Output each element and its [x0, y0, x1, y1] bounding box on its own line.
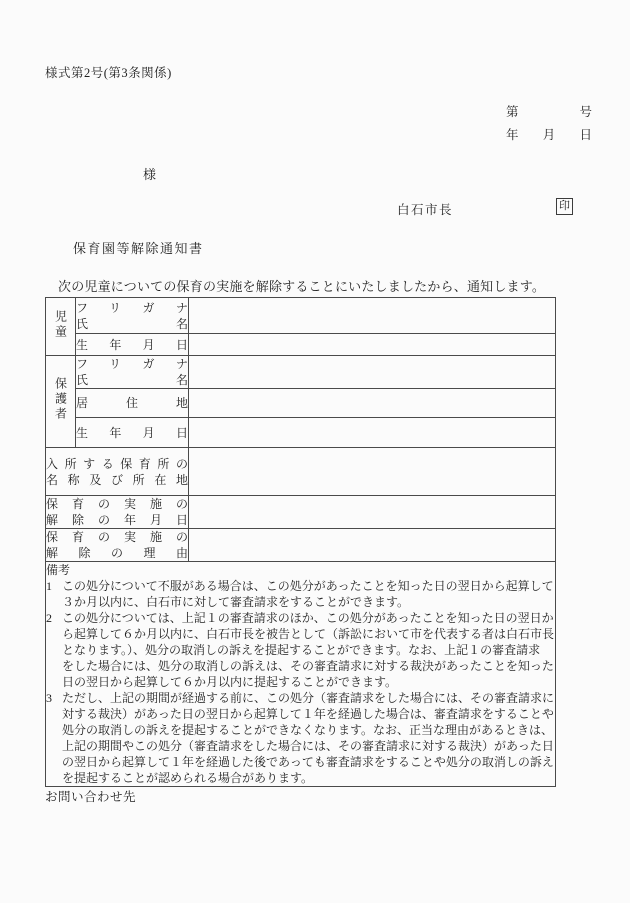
- document-title: 保育園等解除通知書: [73, 238, 204, 257]
- facility-value-cell: [189, 448, 556, 496]
- release-date-label-line2: 解除の年月日: [46, 512, 188, 528]
- guardian-address-label-cell: 居住地: [76, 389, 189, 418]
- child-furigana-label: フリガナ: [76, 300, 188, 316]
- remarks-heading: 備考: [46, 562, 555, 578]
- table-row: 居住地: [46, 389, 556, 418]
- seal-placeholder: 印: [556, 198, 573, 215]
- guardian-group-cell: 保護者: [46, 356, 76, 448]
- child-group-cell: 児童: [46, 298, 76, 356]
- form-number: 様式第2号(第3条関係): [45, 63, 172, 81]
- remark-text: この処分については、上記１の審査請求のほか、この処分があったことを知った日の翌日…: [62, 610, 555, 690]
- remark-number: 2: [46, 610, 62, 690]
- release-date-label-line1: 保育の実施の: [46, 496, 188, 512]
- remark-item-3: 3 ただし、上記の期間が経過する前に、この処分（審査請求をした場合には、その審査…: [46, 690, 555, 786]
- guardian-birthdate-label-cell: 生年月日: [76, 418, 189, 448]
- child-name-label: 氏名: [76, 316, 188, 332]
- release-reason-value-cell: [189, 529, 556, 562]
- remark-item-1: 1 この処分について不服がある場合は、この処分があったことを知った日の翌日から起…: [46, 578, 555, 610]
- facility-label-line2: 名称及び所在地: [46, 472, 188, 488]
- guardian-birthdate-label: 生年月日: [76, 425, 188, 441]
- child-birthdate-value-cell: [189, 334, 556, 356]
- notification-table: 児童 フリガナ 氏名 生年月日 保護者 フリガナ 氏名: [45, 297, 556, 787]
- document-number-prefix: 第: [506, 102, 519, 120]
- release-date-value-cell: [189, 496, 556, 529]
- table-row: 生年月日: [46, 418, 556, 448]
- table-row: 生年月日: [46, 334, 556, 356]
- table-row: 保育の実施の 解除の理由: [46, 529, 556, 562]
- remark-text: ただし、上記の期間が経過する前に、この処分（審査請求をした場合には、その審査請求…: [62, 690, 555, 786]
- table-row: 児童 フリガナ 氏名: [46, 298, 556, 334]
- guardian-name-label-cell: フリガナ 氏名: [76, 356, 189, 389]
- date-year-label: 年: [506, 125, 519, 143]
- date-day-label: 日: [579, 125, 592, 143]
- remark-number: 1: [46, 578, 62, 610]
- guardian-group-label: 保護者: [55, 377, 67, 422]
- date-month-label: 月: [543, 125, 556, 143]
- release-reason-label-line2: 解除の理由: [46, 545, 188, 561]
- guardian-furigana-label: フリガナ: [76, 356, 188, 372]
- release-reason-label-line1: 保育の実施の: [46, 529, 188, 545]
- facility-label-cell: 入所する保育所の 名称及び所在地: [46, 448, 189, 496]
- release-date-label-cell: 保育の実施の 解除の年月日: [46, 496, 189, 529]
- remark-text: この処分について不服がある場合は、この処分があったことを知った日の翌日から起算し…: [62, 578, 555, 610]
- table-row: 保育の実施の 解除の年月日: [46, 496, 556, 529]
- guardian-name-label: 氏名: [76, 372, 188, 388]
- child-name-label-cell: フリガナ 氏名: [76, 298, 189, 334]
- contact-label: お問い合わせ先: [45, 787, 136, 805]
- addressee-honorific: 様: [143, 164, 156, 183]
- child-birthdate-label: 生年月日: [76, 337, 188, 353]
- guardian-address-value-cell: [189, 389, 556, 418]
- document-number-line: 第 号: [506, 102, 592, 120]
- guardian-address-label: 居住地: [76, 395, 188, 411]
- table-row: 備考 1 この処分について不服がある場合は、この処分があったことを知った日の翌日…: [46, 562, 556, 787]
- child-birthdate-label-cell: 生年月日: [76, 334, 189, 356]
- facility-label-line1: 入所する保育所の: [46, 456, 188, 472]
- remark-item-2: 2 この処分については、上記１の審査請求のほか、この処分があったことを知った日の…: [46, 610, 555, 690]
- table-row: 入所する保育所の 名称及び所在地: [46, 448, 556, 496]
- remark-number: 3: [46, 690, 62, 786]
- child-name-value-cell: [189, 298, 556, 334]
- guardian-birthdate-value-cell: [189, 418, 556, 448]
- child-group-label: 児童: [55, 310, 67, 340]
- remarks-cell: 備考 1 この処分について不服がある場合は、この処分があったことを知った日の翌日…: [46, 562, 556, 787]
- issuer-name: 白石市長: [397, 200, 453, 218]
- date-line: 年 月 日: [506, 125, 592, 143]
- table-row: 保護者 フリガナ 氏名: [46, 356, 556, 389]
- document-page: 様式第2号(第3条関係) 第 号 年 月 日 様 白石市長 印 保育園等解除通知…: [0, 0, 630, 903]
- guardian-name-value-cell: [189, 356, 556, 389]
- release-reason-label-cell: 保育の実施の 解除の理由: [46, 529, 189, 562]
- document-number-suffix: 号: [579, 102, 592, 120]
- seal-character: 印: [559, 201, 570, 212]
- intro-sentence: 次の児童についての保育の実施を解除することにいたしましたから、通知します。: [45, 276, 545, 295]
